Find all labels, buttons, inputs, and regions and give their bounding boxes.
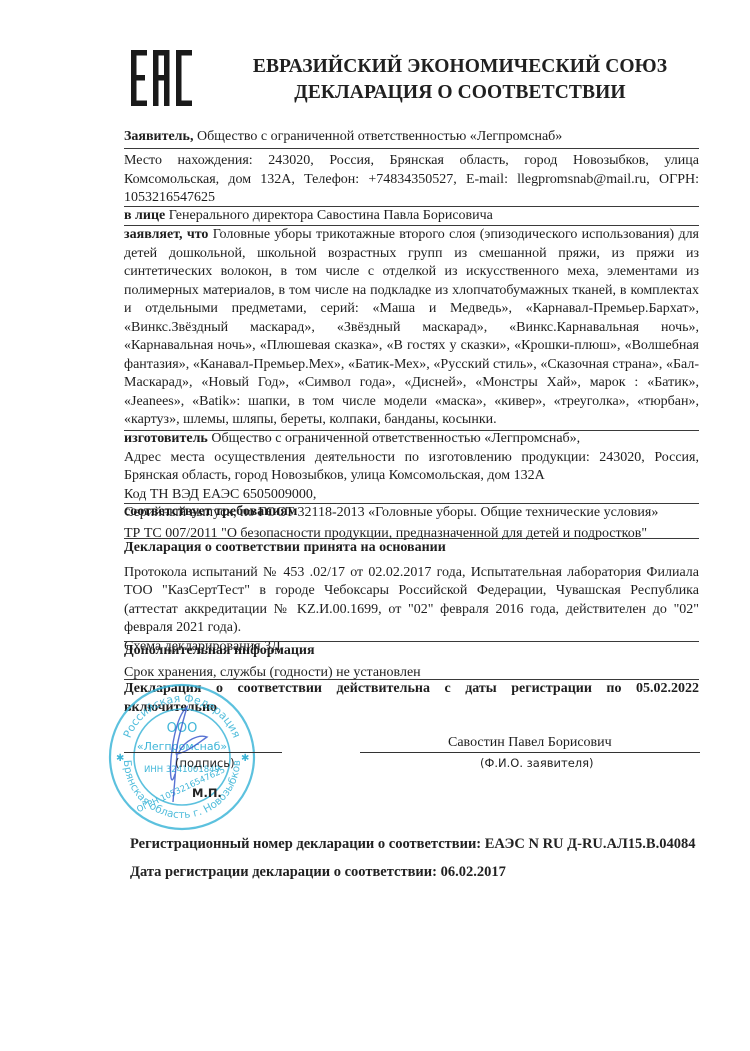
represented-value: Генерального директора Савостина Павла Б… [169, 208, 493, 223]
declaration-page: ЕВРАЗИЙСКИЙ ЭКОНОМИЧЕСКИЙ СОЮЗ ДЕКЛАРАЦИ… [0, 0, 750, 1051]
svg-text:✱: ✱ [241, 753, 249, 764]
name-line [360, 752, 700, 753]
basis-label: Декларация о соответствии принята на осн… [124, 539, 699, 558]
applicant-row: Заявитель, Общество с ограниченной ответ… [124, 128, 699, 147]
applicant-address: Место нахождения: 243020, Россия, Брянск… [124, 152, 699, 208]
product-description: Головные уборы трикотажные второго слоя … [124, 227, 699, 427]
registration-date-row: Дата регистрации декларации о соответств… [130, 864, 506, 881]
tn-ved-code: Код ТН ВЭД ЕАЭС 6505009000, [124, 486, 699, 505]
name-caption: (Ф.И.О. заявителя) [480, 756, 594, 770]
registration-number-label: Регистрационный номер декларации о соотв… [130, 836, 481, 852]
divider [124, 148, 699, 149]
represented-row: в лице Генерального директора Савостина … [124, 207, 699, 226]
registration-number-value: ЕАЭС N RU Д-RU.АЛ15.В.04084 [485, 836, 696, 852]
additional-block: Дополнительная информация Срок хранения,… [124, 642, 699, 682]
applicant-label: Заявитель, [124, 129, 193, 144]
declares-label: заявляет, что [124, 227, 208, 242]
registration-date-label: Дата регистрации декларации о соответств… [130, 864, 437, 880]
registration-date-value: 06.02.2017 [441, 864, 506, 880]
basis-value: Протокола испытаний № 453 .02/17 от 02.0… [124, 564, 699, 638]
manufacturer-label: изготовитель [124, 431, 208, 446]
requirements-label: соответствует требованиям [124, 503, 699, 522]
manufacturer-address: Адрес места осуществления деятельности п… [124, 449, 699, 486]
union-title: ЕВРАЗИЙСКИЙ ЭКОНОМИЧЕСКИЙ СОЮЗ [230, 54, 690, 80]
represented-label: в лице [124, 208, 165, 223]
registration-number-row: Регистрационный номер декларации о соотв… [130, 836, 695, 853]
seal-caption: М.П. [192, 786, 222, 800]
signature-line [124, 752, 282, 753]
manufacturer-value: Общество с ограниченной ответственностью… [211, 431, 580, 446]
document-header: ЕВРАЗИЙСКИЙ ЭКОНОМИЧЕСКИЙ СОЮЗ ДЕКЛАРАЦИ… [230, 54, 690, 106]
declaration-title: ДЕКЛАРАЦИЯ О СООТВЕТСТВИИ [230, 80, 690, 106]
additional-label: Дополнительная информация [124, 642, 699, 661]
svg-text:✱: ✱ [116, 753, 124, 764]
applicant-value: Общество с ограниченной ответственностью… [197, 129, 562, 144]
applicant-name: Савостин Павел Борисович [448, 734, 708, 753]
eac-logo-icon [131, 50, 193, 106]
declares-block: заявляет, что Головные уборы трикотажные… [124, 226, 699, 430]
basis-block: Декларация о соответствии принята на осн… [124, 539, 699, 657]
signature-caption: (подпись) [175, 756, 235, 770]
